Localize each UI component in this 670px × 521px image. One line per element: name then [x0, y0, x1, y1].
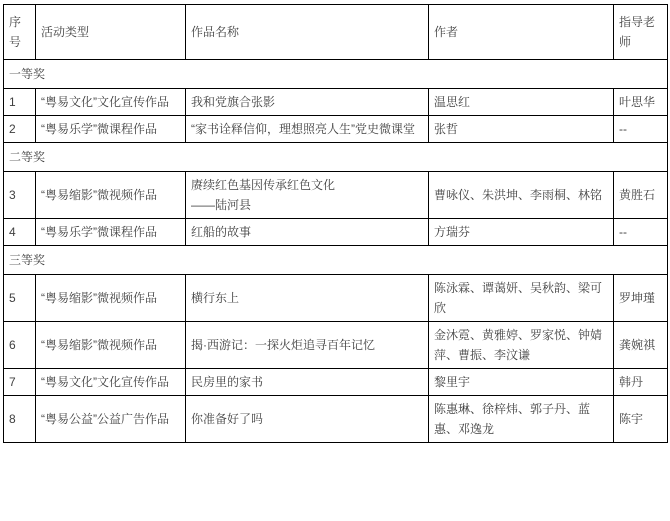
table-row: 8“粤易公益”公益广告作品你准备好了吗陈惠琳、徐梓炜、郭子丹、蓝惠、邓逸龙陈宇 — [4, 396, 668, 443]
column-header-type: 活动类型 — [36, 5, 186, 60]
teacher-cell: -- — [614, 116, 668, 143]
teacher-cell: 罗坤瑾 — [614, 275, 668, 322]
prize-section-row: 一等奖 — [4, 60, 668, 89]
table-row: 1“粤易文化”文化宣传作品我和党旗合张影温思红叶思华 — [4, 89, 668, 116]
awards-table: 序号活动类型作品名称作者指导老师 一等奖1“粤易文化”文化宣传作品我和党旗合张影… — [3, 4, 668, 443]
type-cell: “粤易缩影”微视频作品 — [36, 322, 186, 369]
teacher-cell: 叶思华 — [614, 89, 668, 116]
no-cell: 2 — [4, 116, 36, 143]
column-header-teacher: 指导老师 — [614, 5, 668, 60]
type-cell: “粤易缩影”微视频作品 — [36, 275, 186, 322]
type-cell: “粤易文化”文化宣传作品 — [36, 369, 186, 396]
work-cell: 赓续红色基因传承红色文化 ——陆河县 — [186, 172, 429, 219]
teacher-cell: 龚婉祺 — [614, 322, 668, 369]
header-row: 序号活动类型作品名称作者指导老师 — [4, 5, 668, 60]
work-cell: 民房里的家书 — [186, 369, 429, 396]
no-cell: 3 — [4, 172, 36, 219]
type-cell: “粤易缩影”微视频作品 — [36, 172, 186, 219]
work-cell: 我和党旗合张影 — [186, 89, 429, 116]
table-row: 3“粤易缩影”微视频作品赓续红色基因传承红色文化 ——陆河县曹咏仪、朱洪坤、李雨… — [4, 172, 668, 219]
authors-cell: 陈泳霖、谭蔼妍、吴秋韵、梁可欣 — [429, 275, 614, 322]
teacher-cell: -- — [614, 219, 668, 246]
prize-section-title: 二等奖 — [4, 143, 668, 172]
no-cell: 4 — [4, 219, 36, 246]
work-cell: 揭·西游记：一探火炬追寻百年记忆 — [186, 322, 429, 369]
column-header-no: 序号 — [4, 5, 36, 60]
prize-section-title: 一等奖 — [4, 60, 668, 89]
work-cell: 你准备好了吗 — [186, 396, 429, 443]
authors-cell: 金沐霓、黄雅婷、罗家悦、钟婧萍、曹振、李汶谦 — [429, 322, 614, 369]
prize-section-row: 三等奖 — [4, 246, 668, 275]
document-page: 序号活动类型作品名称作者指导老师 一等奖1“粤易文化”文化宣传作品我和党旗合张影… — [0, 0, 670, 521]
teacher-cell: 韩丹 — [614, 369, 668, 396]
work-cell: “家书诠释信仰，理想照亮人生”党史微课堂 — [186, 116, 429, 143]
no-cell: 8 — [4, 396, 36, 443]
awards-table-body: 一等奖1“粤易文化”文化宣传作品我和党旗合张影温思红叶思华2“粤易乐学”微课程作… — [4, 60, 668, 443]
table-row: 5“粤易缩影”微视频作品横行东上陈泳霖、谭蔼妍、吴秋韵、梁可欣罗坤瑾 — [4, 275, 668, 322]
no-cell: 7 — [4, 369, 36, 396]
authors-cell: 张哲 — [429, 116, 614, 143]
no-cell: 6 — [4, 322, 36, 369]
work-cell: 红船的故事 — [186, 219, 429, 246]
teacher-cell: 黄胜石 — [614, 172, 668, 219]
table-row: 2“粤易乐学”微课程作品“家书诠释信仰，理想照亮人生”党史微课堂张哲-- — [4, 116, 668, 143]
prize-section-row: 二等奖 — [4, 143, 668, 172]
column-header-work: 作品名称 — [186, 5, 429, 60]
type-cell: “粤易乐学”微课程作品 — [36, 219, 186, 246]
table-row: 6“粤易缩影”微视频作品揭·西游记：一探火炬追寻百年记忆金沐霓、黄雅婷、罗家悦、… — [4, 322, 668, 369]
no-cell: 1 — [4, 89, 36, 116]
work-cell: 横行东上 — [186, 275, 429, 322]
authors-cell: 黎里宇 — [429, 369, 614, 396]
authors-cell: 方瑞芬 — [429, 219, 614, 246]
type-cell: “粤易乐学”微课程作品 — [36, 116, 186, 143]
authors-cell: 温思红 — [429, 89, 614, 116]
prize-section-title: 三等奖 — [4, 246, 668, 275]
column-header-authors: 作者 — [429, 5, 614, 60]
type-cell: “粤易文化”文化宣传作品 — [36, 89, 186, 116]
table-row: 7“粤易文化”文化宣传作品民房里的家书黎里宇韩丹 — [4, 369, 668, 396]
type-cell: “粤易公益”公益广告作品 — [36, 396, 186, 443]
no-cell: 5 — [4, 275, 36, 322]
authors-cell: 曹咏仪、朱洪坤、李雨桐、林铭 — [429, 172, 614, 219]
table-row: 4“粤易乐学”微课程作品红船的故事方瑞芬-- — [4, 219, 668, 246]
teacher-cell: 陈宇 — [614, 396, 668, 443]
awards-table-header: 序号活动类型作品名称作者指导老师 — [4, 5, 668, 60]
authors-cell: 陈惠琳、徐梓炜、郭子丹、蓝惠、邓逸龙 — [429, 396, 614, 443]
